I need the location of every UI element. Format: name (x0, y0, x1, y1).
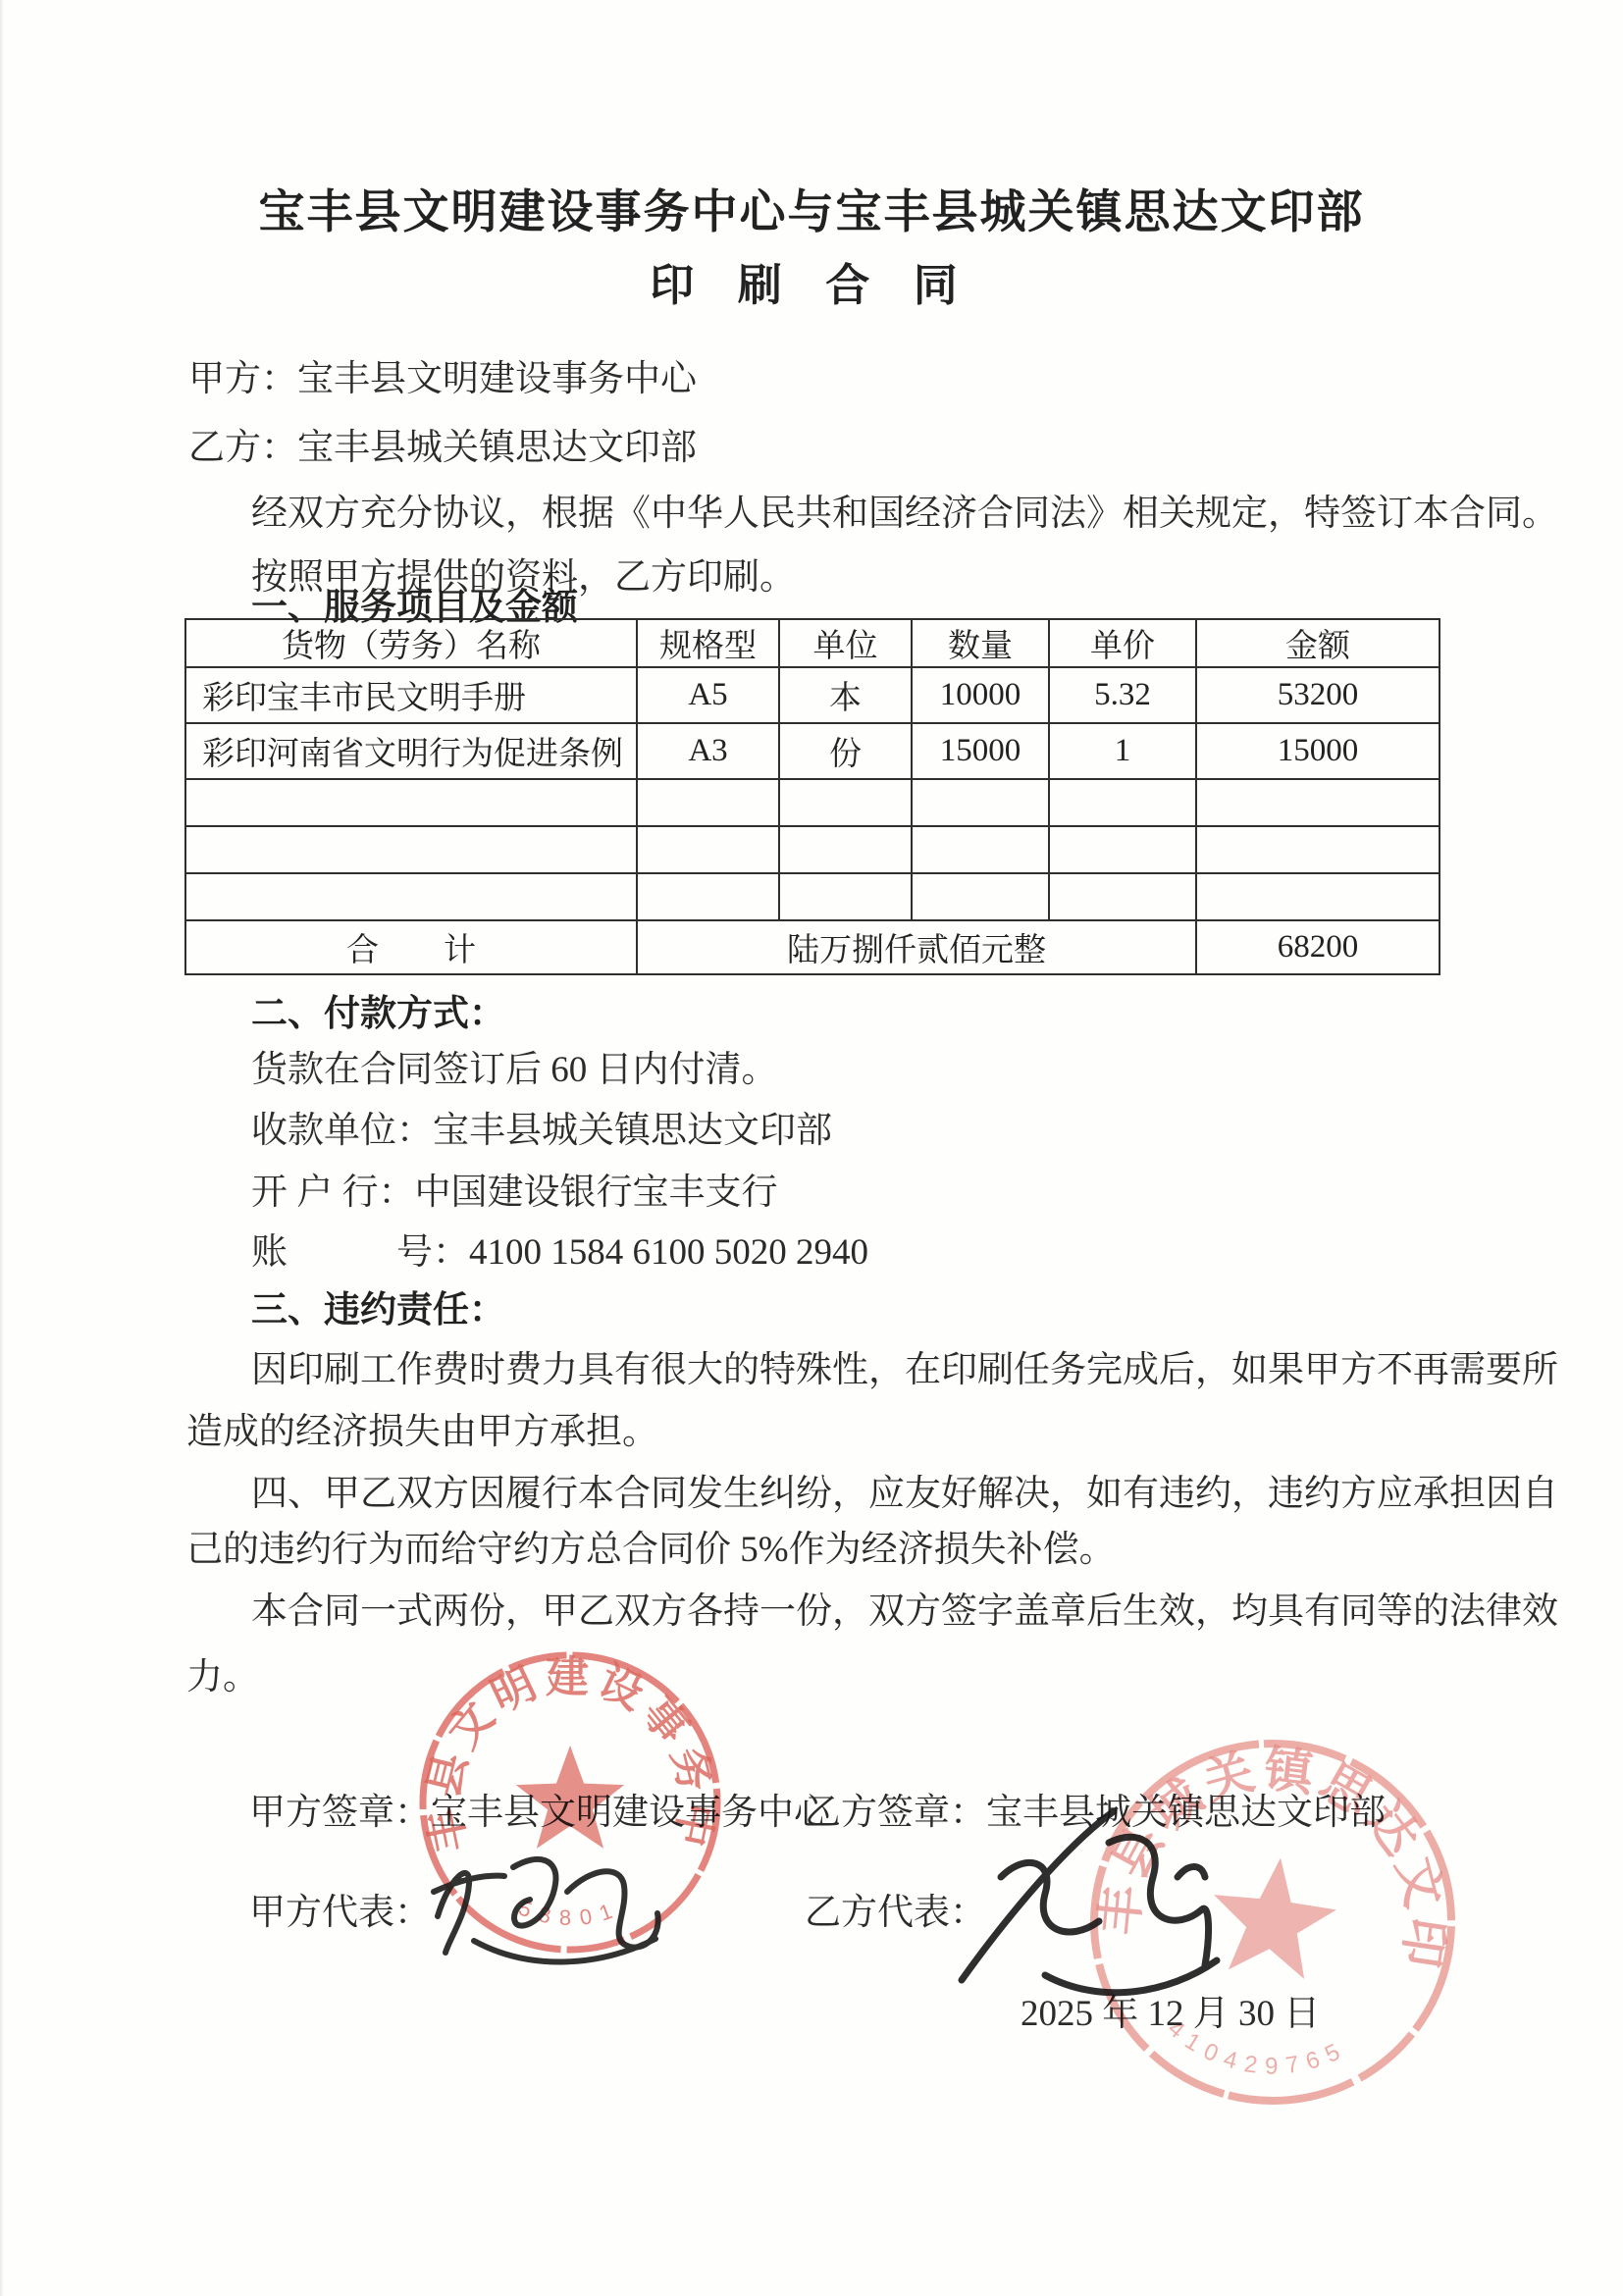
cell-unit: 本 (779, 667, 912, 723)
cell-unit-price: 5.32 (1049, 667, 1196, 723)
cell-goods-name: 彩印宝丰市民文明手册 (185, 667, 637, 723)
clause4-line-1: 四、甲乙双方因履行本合同发生纠纷，应友好解决，如有违约，违约方应承担因自 (251, 1476, 1558, 1512)
header-unit-price: 单价 (1049, 619, 1196, 667)
table-row: 彩印宝丰市民文明手册 A5 本 10000 5.32 53200 (185, 667, 1440, 723)
scan-edge-artifact (0, 0, 4, 2296)
contract-title-line2: 印 刷 合 同 (0, 263, 1623, 307)
section3-heading: 三、违约责任： (251, 1291, 505, 1328)
total-in-words: 陆万捌仟贰佰元整 (637, 920, 1196, 974)
liability-line-2: 造成的经济损失由甲方承担。 (186, 1414, 658, 1450)
cell-quantity: 15000 (912, 723, 1049, 779)
table-empty-row (185, 873, 1440, 920)
header-unit: 单位 (779, 619, 912, 667)
bank-line: 开 户 行：中国建设银行宝丰支行 (251, 1174, 778, 1211)
cell-spec: A5 (637, 667, 779, 723)
header-spec: 规格型 (637, 619, 779, 667)
total-label: 合 计 (185, 920, 637, 974)
closing-line-1: 本合同一式两份，甲乙双方各持一份，双方签字盖章后生效，均具有同等的法律效 (251, 1593, 1558, 1630)
table-header-row: 货物（劳务）名称 规格型 单位 数量 单价 金额 (185, 619, 1440, 667)
clause4-line-2: 己的违约行为而给守约方总合同价 5%作为经济损失补偿。 (186, 1532, 1116, 1568)
table-total-row: 合 计 陆万捌仟贰佰元整 68200 (185, 920, 1440, 974)
cell-goods-name: 彩印河南省文明行为促进条例 (185, 723, 637, 779)
contract-title-line1: 宝丰县文明建设事务中心与宝丰县城关镇思达文印部 (0, 188, 1623, 235)
payment-term-line: 货款在合同签订后 60 日内付清。 (251, 1052, 778, 1088)
cell-amount: 15000 (1196, 723, 1440, 779)
services-table: 货物（劳务）名称 规格型 单位 数量 单价 金额 彩印宝丰市民文明手册 A5 本… (184, 618, 1440, 975)
party-a-line: 甲方：宝丰县文明建设事务中心 (188, 361, 697, 397)
party-a-representative-signature (420, 1823, 685, 1980)
cell-amount: 53200 (1196, 667, 1440, 723)
cell-unit: 份 (779, 723, 912, 779)
recital-line-1: 经双方充分协议，根据《中华人民共和国经济合同法》相关规定，特签订本合同。 (251, 496, 1558, 532)
party-b-line: 乙方：宝丰县城关镇思达文印部 (188, 430, 697, 466)
table-empty-row (185, 826, 1440, 873)
contract-page: 宝丰县文明建设事务中心与宝丰县城关镇思达文印部 印 刷 合 同 甲方：宝丰县文明… (0, 0, 1623, 2296)
section2-heading: 二、付款方式： (251, 995, 505, 1031)
table-empty-row (185, 779, 1440, 826)
header-goods-name: 货物（劳务）名称 (185, 619, 637, 667)
party-a-rep-label: 甲方代表： (249, 1895, 431, 1931)
cell-spec: A3 (637, 723, 779, 779)
total-amount: 68200 (1196, 920, 1440, 974)
account-number-line: 账 号：4100 1584 6100 5020 2940 (251, 1234, 868, 1271)
payee-line: 收款单位：宝丰县城关镇思达文印部 (251, 1113, 832, 1149)
closing-line-2: 力。 (186, 1659, 259, 1696)
cell-quantity: 10000 (912, 667, 1049, 723)
liability-line-1: 因印刷工作费时费力具有很大的特殊性，在印刷任务完成后，如果甲方不再需要所 (251, 1352, 1558, 1388)
header-amount: 金额 (1196, 619, 1440, 667)
header-quantity: 数量 (912, 619, 1049, 667)
party-b-representative-signature (932, 1784, 1246, 2039)
table-row: 彩印河南省文明行为促进条例 A3 份 15000 1 15000 (185, 723, 1440, 779)
cell-unit-price: 1 (1049, 723, 1196, 779)
